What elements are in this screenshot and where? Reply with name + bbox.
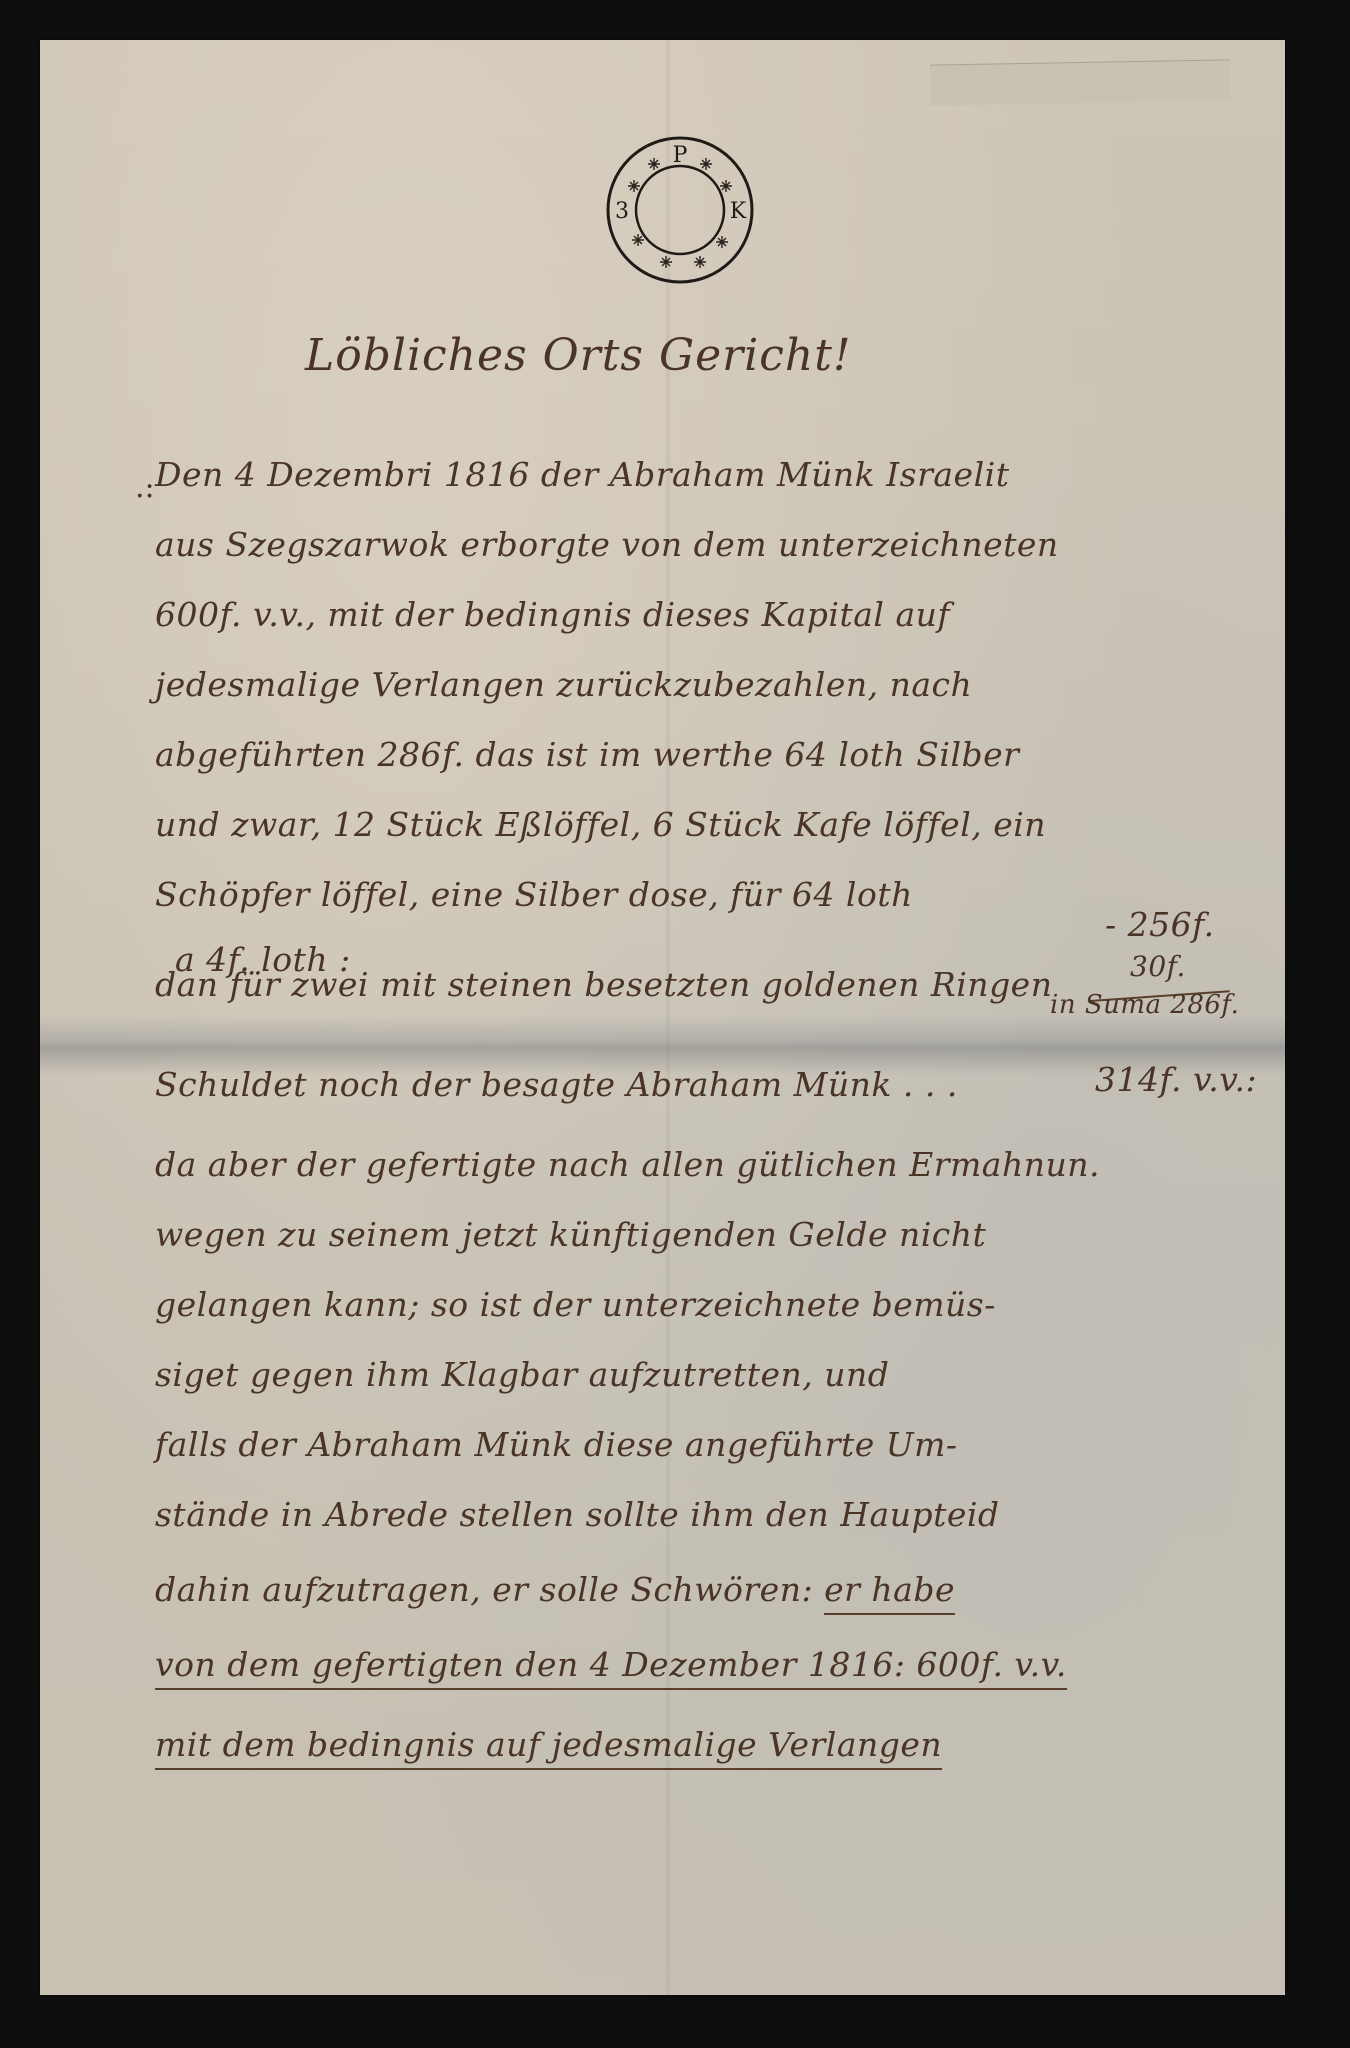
text-line-10: Schuldet noch der besagte Abraham Münk .… bbox=[155, 1065, 958, 1104]
text-line-18: von dem gefertigten den 4 Dezember 1816:… bbox=[155, 1645, 1067, 1690]
text-line-9: dan für zwei mit steinen besetzten golde… bbox=[155, 965, 1052, 1004]
paper-overlap-edge bbox=[930, 59, 1230, 105]
text-line-3: 600f. v.v., mit der bedingnis dieses Kap… bbox=[155, 595, 950, 634]
text-line-16: stände in Abrede stellen sollte ihm den … bbox=[155, 1495, 1000, 1534]
svg-text:3: 3 bbox=[615, 199, 629, 224]
text-line-12: wegen zu seinem jetzt künftigenden Gelde… bbox=[155, 1215, 986, 1254]
text-line-5: abgeführten 286f. das ist im werthe 64 l… bbox=[155, 735, 1019, 774]
ornamental-stamp-icon: P K 3 bbox=[600, 130, 760, 290]
amount-silver: - 256f. bbox=[1105, 905, 1215, 944]
subtotal-sum: in Suma 286f. bbox=[1050, 990, 1239, 1020]
text-line-1: Den 4 Dezembri 1816 der Abraham Münk Isr… bbox=[155, 455, 1009, 494]
text-line-4: jedesmalige Verlangen zurückzubezahlen, … bbox=[155, 665, 972, 704]
amount-rings: 30f. bbox=[1130, 950, 1186, 983]
text-line-8: a 4f. loth : bbox=[175, 915, 351, 954]
text-line-2: aus Szegszarwok erborgte von dem unterze… bbox=[155, 525, 1059, 564]
text-line-13: gelangen kann; so ist der unterzeichnete… bbox=[155, 1285, 996, 1324]
document-heading: Löbliches Orts Gericht! bbox=[305, 330, 852, 381]
amount-remaining: 314f. v.v.: bbox=[1095, 1060, 1257, 1099]
text-line-19: mit dem bedingnis auf jedesmalige Verlan… bbox=[155, 1725, 942, 1770]
margin-mark: .: bbox=[135, 470, 155, 505]
text-line-7: Schöpfer löffel, eine Silber dose, für 6… bbox=[155, 875, 913, 914]
text-line-6: und zwar, 12 Stück Eßlöffel, 6 Stück Kaf… bbox=[155, 805, 1046, 844]
scanned-document: P K 3 Löbliches Orts Gericht! .: Den 4 D… bbox=[0, 0, 1350, 2048]
text-line-17: dahin aufzutragen, er solle Schwören: er… bbox=[155, 1570, 955, 1609]
text-line-15: falls der Abraham Münk diese angeführte … bbox=[155, 1425, 958, 1464]
text-line-11: da aber der gefertigte nach allen gütlic… bbox=[155, 1145, 1100, 1184]
text-line-14: siget gegen ihm Klagbar aufzutretten, un… bbox=[155, 1355, 889, 1394]
oath-underlined-phrase: er habe bbox=[824, 1570, 955, 1615]
svg-text:K: K bbox=[730, 199, 747, 224]
oath-text: dahin aufzutragen, er solle Schwören: bbox=[155, 1570, 813, 1609]
svg-text:P: P bbox=[673, 143, 688, 168]
